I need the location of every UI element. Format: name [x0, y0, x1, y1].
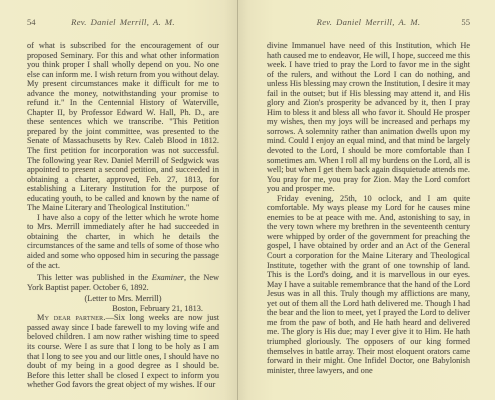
letter-dateline: Boston, February 21, 1813. — [27, 304, 219, 314]
running-head-right: Rev. Daniel Merrill, A. M. 55 — [267, 16, 470, 28]
letter-opening-text: —Six long weeks are now just passed away… — [27, 313, 219, 389]
published-text-pre: This letter was published in the — [37, 273, 152, 282]
page-54-body: of what is subscribed for the encouragem… — [27, 41, 219, 390]
page-number-54: 54 — [27, 16, 36, 28]
examiner-journal-name: Examiner — [152, 273, 184, 282]
running-title-left: Rev. Daniel Merrill, A. M. — [27, 16, 219, 28]
book-spread: 54 Rev. Daniel Merrill, A. M. of what is… — [0, 0, 495, 400]
paragraph-seminary-subscription: of what is subscribed for the encouragem… — [27, 41, 219, 213]
page-number-55: 55 — [461, 16, 470, 28]
paragraph-letter-continuation: divine Immanuel have need of this Instit… — [267, 41, 470, 194]
paragraph-letter-published: This letter was published in the Examine… — [27, 273, 219, 292]
running-head-left: 54 Rev. Daniel Merrill, A. M. — [27, 16, 219, 28]
letter-caption: (Letter to Mrs. Merrill) — [27, 294, 219, 304]
page-54: 54 Rev. Daniel Merrill, A. M. of what is… — [0, 0, 238, 400]
paragraph-copy-of-letter: I have also a copy of the letter which h… — [27, 213, 219, 270]
running-title-right: Rev. Daniel Merrill, A. M. — [267, 16, 470, 28]
page-55-body: divine Immanuel have need of this Instit… — [267, 41, 470, 375]
letter-salutation: My dear partner. — [37, 313, 106, 322]
paragraph-letter-opening: My dear partner.—Six long weeks are now … — [27, 313, 219, 389]
paragraph-friday-evening: Friday evening, 25th, 10 oclock, and I a… — [267, 194, 470, 375]
page-55: Rev. Daniel Merrill, A. M. 55 divine Imm… — [238, 0, 495, 400]
